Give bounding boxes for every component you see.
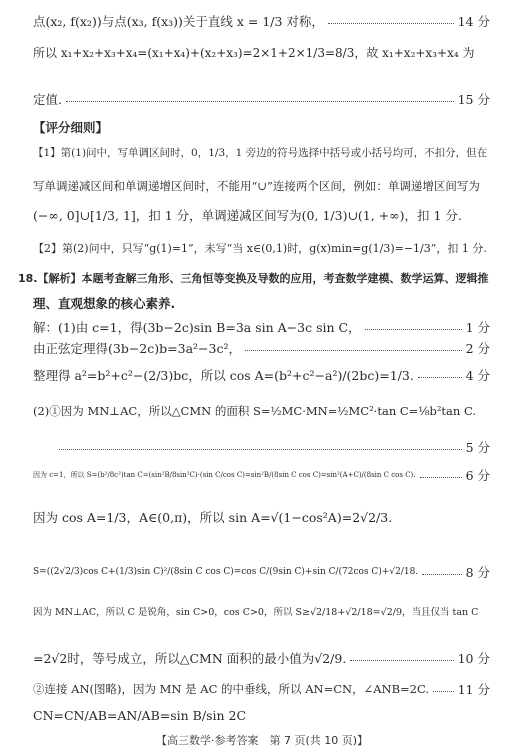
solution-line: 定值.15 分: [33, 90, 490, 108]
dotted-leader: [66, 101, 454, 102]
line-text: 因为 MN⊥AC，所以 C 是锐角，sin C>0，cos C>0，所以 S≥√…: [33, 604, 478, 618]
dotted-leader: [365, 329, 462, 330]
solution-line: 解：(1)由 c=1，得(3b−2c)sin B=3a sin A−3c sin…: [33, 318, 490, 336]
dotted-leader: [328, 23, 454, 24]
solution-line: =2√2时，等号成立，所以△CMN 面积的最小值为√2/9.10 分: [33, 649, 490, 667]
line-text: 【评分细则】: [33, 118, 108, 136]
solution-line: (−∞, 0]∪[1/3, 1]，扣 1 分，单调递减区间写为(0, 1/3)∪…: [33, 206, 490, 224]
solution-line: CN=CN/AB=AN/AB=sin B/sin 2C: [33, 708, 490, 723]
solution-line: 【1】第(1)问中，写单调区间时，0，1/3，1 旁边的符号选择中括号或小括号均…: [33, 145, 490, 160]
solution-line: 5 分: [55, 438, 490, 456]
solution-line: 由正弦定理得(3b−2c)b=3a²−3c²，2 分: [33, 339, 490, 357]
line-text: 18.【解析】本题考查解三角形、三角恒等变换及导数的应用，考查数学建模、数学运算…: [18, 270, 488, 286]
dotted-leader: [350, 660, 453, 661]
dotted-leader: [420, 477, 462, 478]
solution-line: 因为 MN⊥AC，所以 C 是锐角，sin C>0，cos C>0，所以 S≥√…: [33, 604, 490, 618]
solution-line: 18.【解析】本题考查解三角形、三角恒等变换及导数的应用，考查数学建模、数学运算…: [18, 270, 490, 286]
solution-line: 【评分细则】: [33, 118, 490, 136]
line-text: 点(x₂, f(x₂))与点(x₃, f(x₃))关于直线 x = 1/3 对称…: [33, 12, 324, 30]
solution-line: 所以 x₁+x₂+x₃+x₄=(x₁+x₄)+(x₂+x₃)=2×1+2×1/3…: [33, 44, 490, 61]
score-label: 6 分: [466, 466, 490, 484]
score-label: 14 分: [458, 12, 490, 30]
page-footer: 【高三数学·参考答案 第 7 页(共 10 页)】: [0, 732, 524, 748]
score-label: 8 分: [466, 563, 490, 581]
dotted-leader: [59, 449, 462, 450]
score-label: 5 分: [466, 438, 490, 456]
score-label: 4 分: [466, 366, 490, 384]
score-label: 15 分: [458, 90, 490, 108]
line-text: 整理得 a²=b²+c²−(2/3)bc，所以 cos A=(b²+c²−a²)…: [33, 366, 414, 384]
solution-line: 因为 cos A=1/3，A∈(0,π)，所以 sin A=√(1−cos²A)…: [33, 508, 490, 526]
solution-line: S=((2√2/3)cos C+(1/3)sin C)²/(8sin C cos…: [33, 563, 490, 581]
line-text: (−∞, 0]∪[1/3, 1]，扣 1 分，单调递减区间写为(0, 1/3)∪…: [33, 206, 462, 224]
line-text: S=((2√2/3)cos C+(1/3)sin C)²/(8sin C cos…: [33, 567, 418, 577]
solution-line: 整理得 a²=b²+c²−(2/3)bc，所以 cos A=(b²+c²−a²)…: [33, 366, 490, 384]
line-text: CN=CN/AB=AN/AB=sin B/sin 2C: [33, 708, 246, 723]
score-label: 2 分: [466, 339, 490, 357]
line-text: 由正弦定理得(3b−2c)b=3a²−3c²，: [33, 339, 241, 357]
line-text: 理、直观想象的核心素养.: [33, 294, 175, 312]
score-label: 1 分: [466, 318, 490, 336]
solution-line: 点(x₂, f(x₂))与点(x₃, f(x₃))关于直线 x = 1/3 对称…: [33, 12, 490, 30]
line-text: 因为 cos A=1/3，A∈(0,π)，所以 sin A=√(1−cos²A)…: [33, 508, 392, 526]
line-text: 【1】第(1)问中，写单调区间时，0，1/3，1 旁边的符号选择中括号或小括号均…: [33, 145, 487, 160]
score-label: 11 分: [458, 680, 490, 698]
line-text: 【2】第(2)问中，只写“g(1)=1”，未写“当 x∈(0,1)时，g(x)m…: [33, 240, 487, 256]
dotted-leader: [245, 350, 462, 351]
dotted-leader: [422, 574, 461, 575]
line-text: (2)①因为 MN⊥AC，所以△CMN 的面积 S=½MC·MN=½MC²·ta…: [33, 403, 476, 419]
score-label: 10 分: [458, 649, 490, 667]
dotted-leader: [433, 691, 454, 692]
solution-line: (2)①因为 MN⊥AC，所以△CMN 的面积 S=½MC·MN=½MC²·ta…: [33, 403, 490, 419]
line-text: 写单调递减区间和单调递增区间时，不能用“∪”连接两个区间，例如：单调递增区间写为: [33, 178, 480, 194]
line-text: 解：(1)由 c=1，得(3b−2c)sin B=3a sin A−3c sin…: [33, 318, 361, 336]
solution-line: ②连接 AN(图略)，因为 MN 是 AC 的中垂线，所以 AN=CN，∠ANB…: [33, 680, 490, 698]
solution-line: 因为 c=1，所以 S=(b²/8c²)tan C=(sin²B/8sin²C)…: [33, 466, 490, 484]
line-text: 因为 c=1，所以 S=(b²/8c²)tan C=(sin²B/8sin²C)…: [33, 470, 416, 480]
line-text: 所以 x₁+x₂+x₃+x₄=(x₁+x₄)+(x₂+x₃)=2×1+2×1/3…: [33, 44, 474, 61]
solution-line: 理、直观想象的核心素养.: [33, 294, 490, 312]
line-text: 定值.: [33, 90, 62, 108]
solution-line: 【2】第(2)问中，只写“g(1)=1”，未写“当 x∈(0,1)时，g(x)m…: [33, 240, 490, 256]
line-text: =2√2时，等号成立，所以△CMN 面积的最小值为√2/9.: [33, 649, 346, 667]
dotted-leader: [418, 377, 462, 378]
solution-line: 写单调递减区间和单调递增区间时，不能用“∪”连接两个区间，例如：单调递增区间写为: [33, 178, 490, 194]
line-text: ②连接 AN(图略)，因为 MN 是 AC 的中垂线，所以 AN=CN，∠ANB…: [33, 681, 429, 697]
